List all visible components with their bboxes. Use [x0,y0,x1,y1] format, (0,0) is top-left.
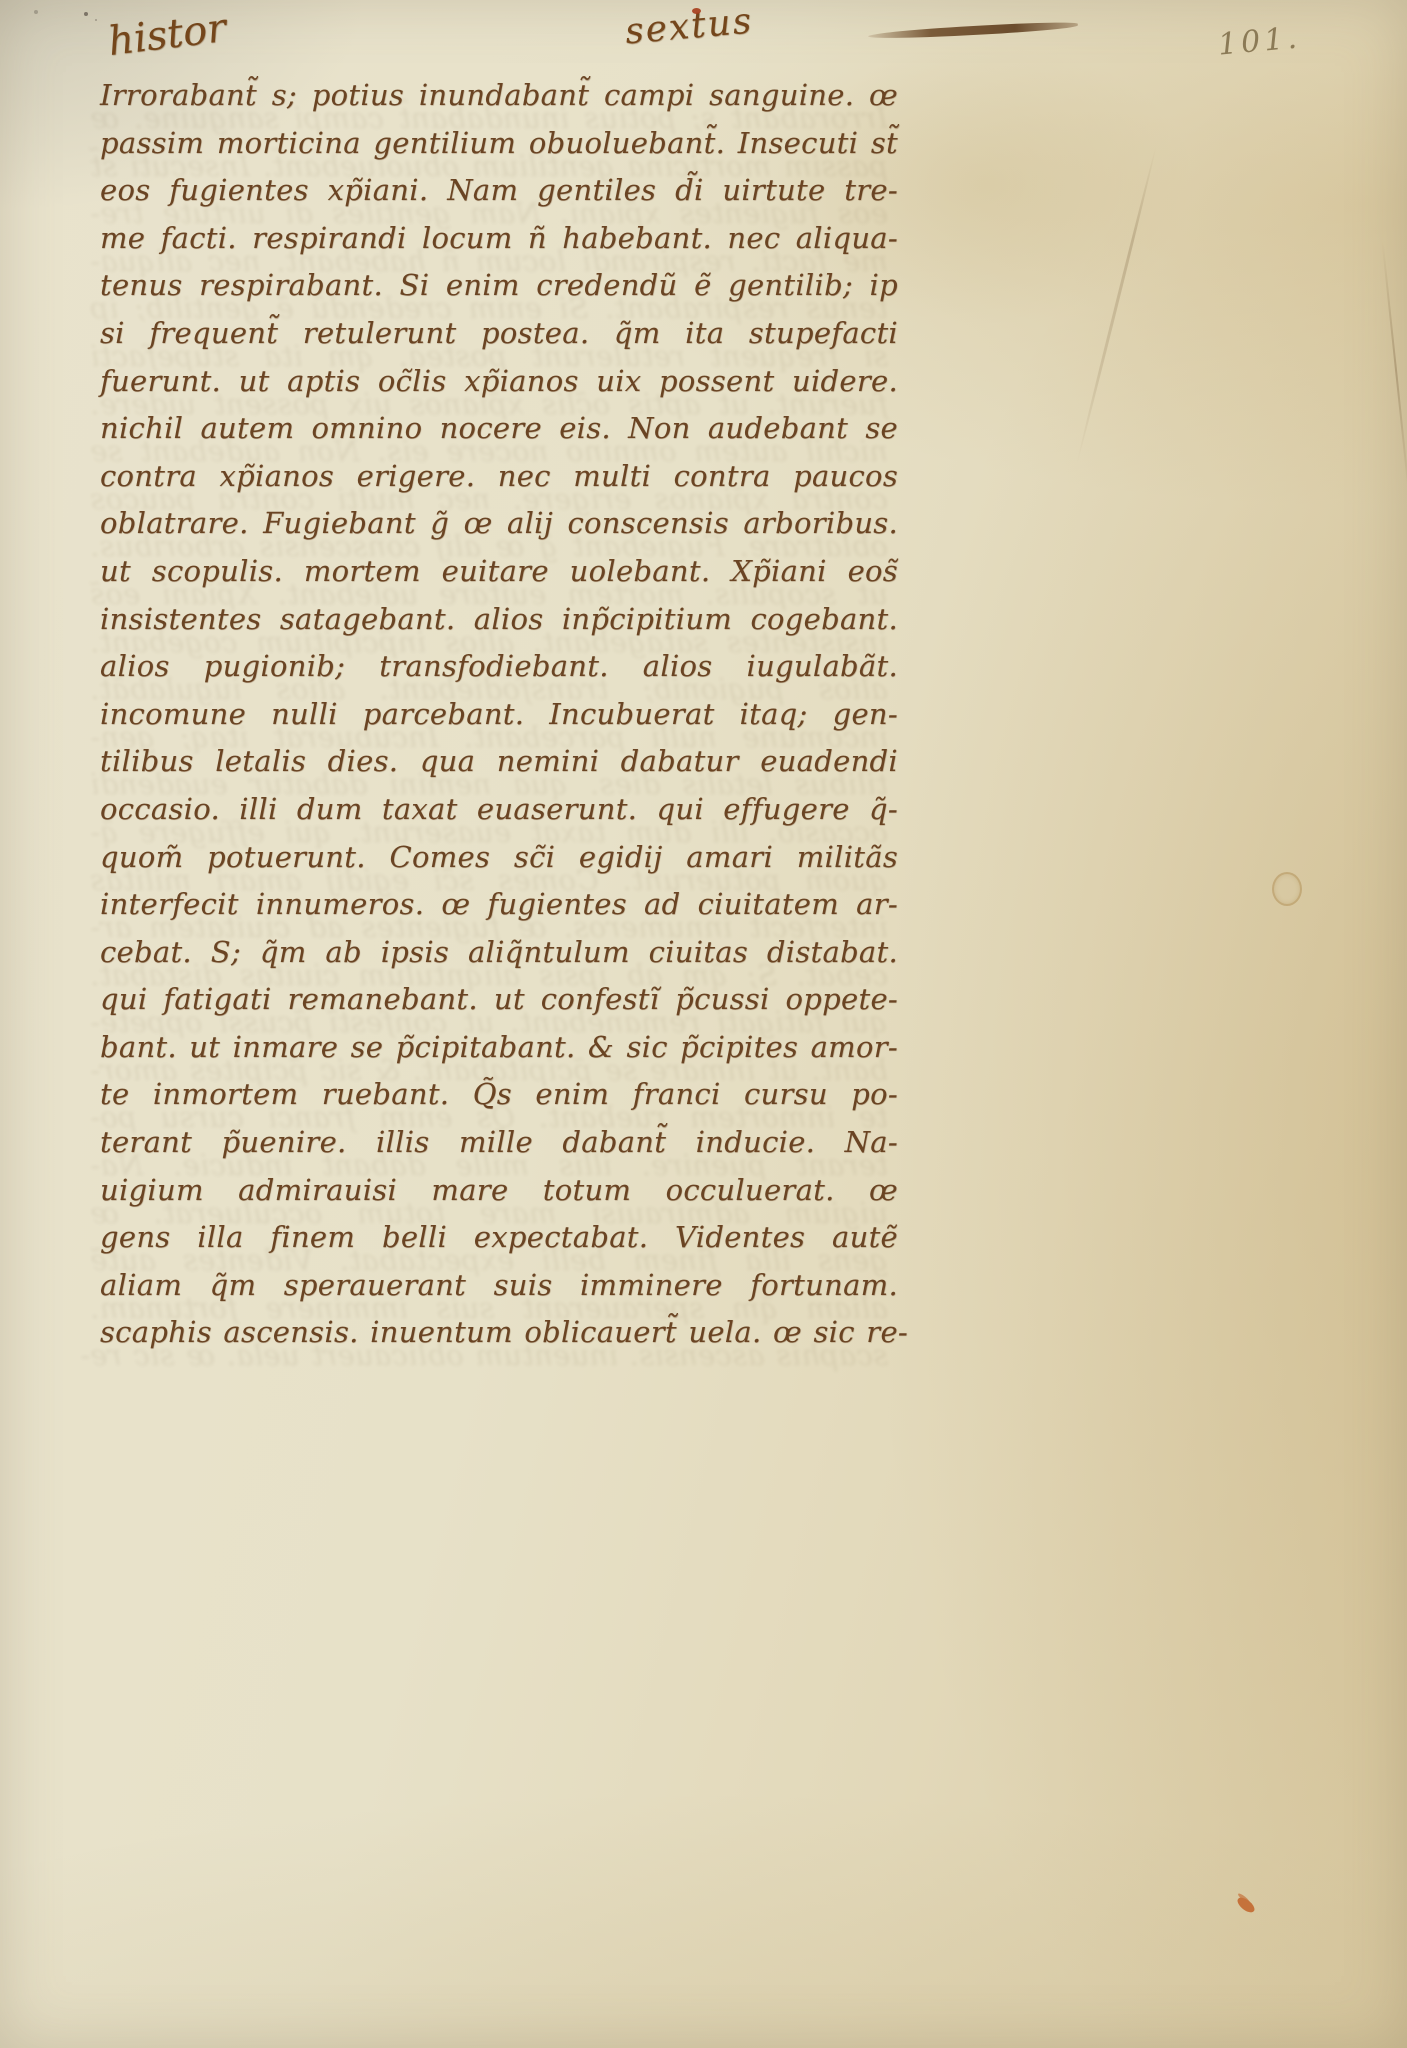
orange-fleck [1235,1895,1257,1915]
manuscript-line-19: cebat. S; q̃m ab ipsis aliq̃ntulum ciuit… [100,929,898,977]
pen-flourish [868,21,1078,41]
manuscript-page: Irrorabant̃ s; potius inundabant̃ campi … [0,0,1407,2048]
manuscript-line-2: passim morticina gentilium obuoluebant̃.… [100,120,898,168]
manuscript-line-7: fuerunt. ut aptis oc̃lis xp̃ianos uix po… [100,358,898,406]
parchment-crease [1075,145,1158,466]
manuscript-line-25: gens illa finem belli expectabat. Vident… [100,1214,898,1262]
manuscript-line-8: nichil autem omnino nocere eis. Non aude… [100,405,898,453]
text-block: Irrorabant̃ s; potius inundabant̃ campi … [100,72,898,1357]
manuscript-line-24: uigium admirauisi mare totum occuluerat.… [100,1167,898,1215]
manuscript-line-1: Irrorabant̃ s; potius inundabant̃ campi … [100,72,898,120]
folio-number: 101. [1217,20,1303,62]
manuscript-line-14: incomune nulli parcebant. Incubuerat ita… [100,691,898,739]
manuscript-line-20: qui fatigati remanebant. ut confestĩ p̃c… [100,976,898,1024]
manuscript-line-27: scaphis ascensis. inuentum oblicauert̃ u… [100,1309,898,1357]
manuscript-line-10: oblatrare. Fugiebant g̃ œ alij conscensi… [100,500,898,548]
manuscript-line-15: tilibus letalis dies. qua nemini dabatur… [100,738,898,786]
manuscript-line-21: bant. ut inmare se p̃cipitabant. & sic p… [100,1024,898,1072]
running-title-left: histor [106,5,229,65]
manuscript-line-11: ut scopulis. mortem euitare uolebant. Xp… [100,548,898,596]
manuscript-line-5: tenus respirabant. Si enim credendũ ẽ ge… [100,262,898,310]
manuscript-line-4: me facti. respirandi locum ñ habebant. n… [100,215,898,263]
ring-stain [1272,872,1302,906]
ink-dots [84,12,88,16]
manuscript-line-22: te inmortem ruebant. Q̃s enim franci cur… [100,1071,898,1119]
manuscript-line-13: alios pugionib; transfodiebant. alios iu… [100,643,898,691]
manuscript-line-6: si frequent̃ retulerunt postea. q̃m ita … [100,310,898,358]
manuscript-line-26: aliam q̃m sperauerant suis imminere fort… [100,1262,898,1310]
manuscript-line-16: occasio. illi dum taxat euaserunt. qui e… [100,786,898,834]
running-title-center: sextus [623,0,754,52]
manuscript-line-3: eos fugientes xp̃iani. Nam gentiles d̃i … [100,167,898,215]
manuscript-line-12: insistentes satagebant. alios inp̃cipiti… [100,596,898,644]
manuscript-line-23: terant p̃uenire. illis mille dabant̃ ind… [100,1119,898,1167]
manuscript-line-9: contra xp̃ianos erigere. nec multi contr… [100,453,898,501]
manuscript-line-18: interfecit innumeros. œ fugientes ad ciu… [100,881,898,929]
parchment-edge-crease [1381,241,1407,500]
manuscript-line-17: quom̃ potuerunt. Comes sc̃i egidij amari… [100,834,898,882]
